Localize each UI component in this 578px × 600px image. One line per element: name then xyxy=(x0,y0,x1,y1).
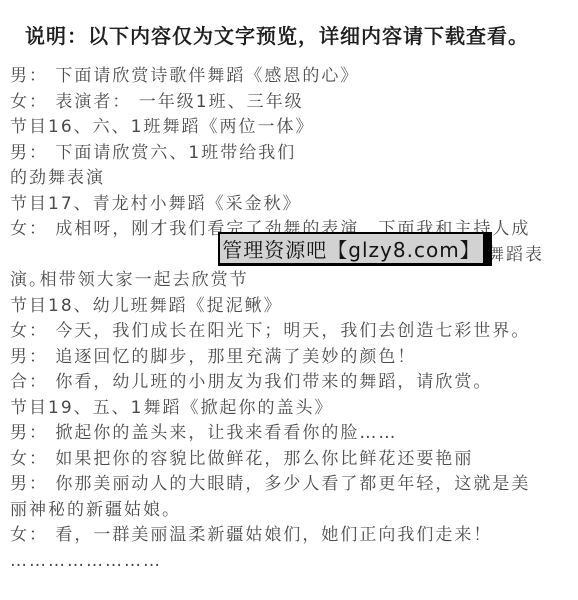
script-line: 的劲舞表演 xyxy=(10,166,570,192)
script-line: 丽神秘的新疆姑娘。 xyxy=(10,498,570,524)
script-line: 演。 xyxy=(10,268,570,294)
script-line: 节目17、青龙村小舞蹈《采金秋》 xyxy=(10,192,570,218)
script-line: 女： 今天，我们成长在阳光下；明天，我们去创造七彩世界。 xyxy=(10,319,570,345)
script-line-right-fragment: 舞蹈表 xyxy=(487,243,544,269)
script-line: 女： 看，一群美丽温柔新疆姑娘们，她们正向我们走来！ xyxy=(10,523,570,549)
script-line: 男： 下面请欣赏六、1班带给我们 xyxy=(10,141,570,167)
script-line: 节目18、幼儿班舞蹈《捉泥鳅》 xyxy=(10,294,570,320)
script-line: 女： 表演者： 一年级1班、三年级 xyxy=(10,90,570,116)
script-line-ellipsis: …………………… xyxy=(10,549,570,575)
script-line: 女： 如果把你的容貌比做鲜花，那么你比鲜花还要艳丽 xyxy=(10,447,570,473)
script-line: 合： 你看，幼儿班的小朋友为我们带来的舞蹈，请欣赏。 xyxy=(10,370,570,396)
script-line: 男： 你那美丽动人的大眼睛，多少人看了都更年轻，这就是美 xyxy=(10,472,570,498)
script-line: 男： 下面请欣赏诗歌伴舞蹈《感恩的心》 xyxy=(10,64,570,90)
script-line: 男： 掀起你的盖头来，让我来看看你的脸…… xyxy=(10,421,570,447)
preview-notice: 说明：以下内容仅为文字预览，详细内容请下载查看。 xyxy=(25,20,570,49)
document-preview: 说明：以下内容仅为文字预览，详细内容请下载查看。 男： 下面请欣赏诗歌伴舞蹈《感… xyxy=(0,0,578,574)
script-line: 节目19、五、1舞蹈《掀起你的盖头》 xyxy=(10,396,570,422)
script-line: 男： 追逐回忆的脚步，那里充满了美妙的颜色！ xyxy=(10,345,570,371)
script-line: 节目16、六、1班舞蹈《两位一体》 xyxy=(10,115,570,141)
watermark-stamp: 管理资源吧【glzy8.com】 xyxy=(218,232,492,266)
